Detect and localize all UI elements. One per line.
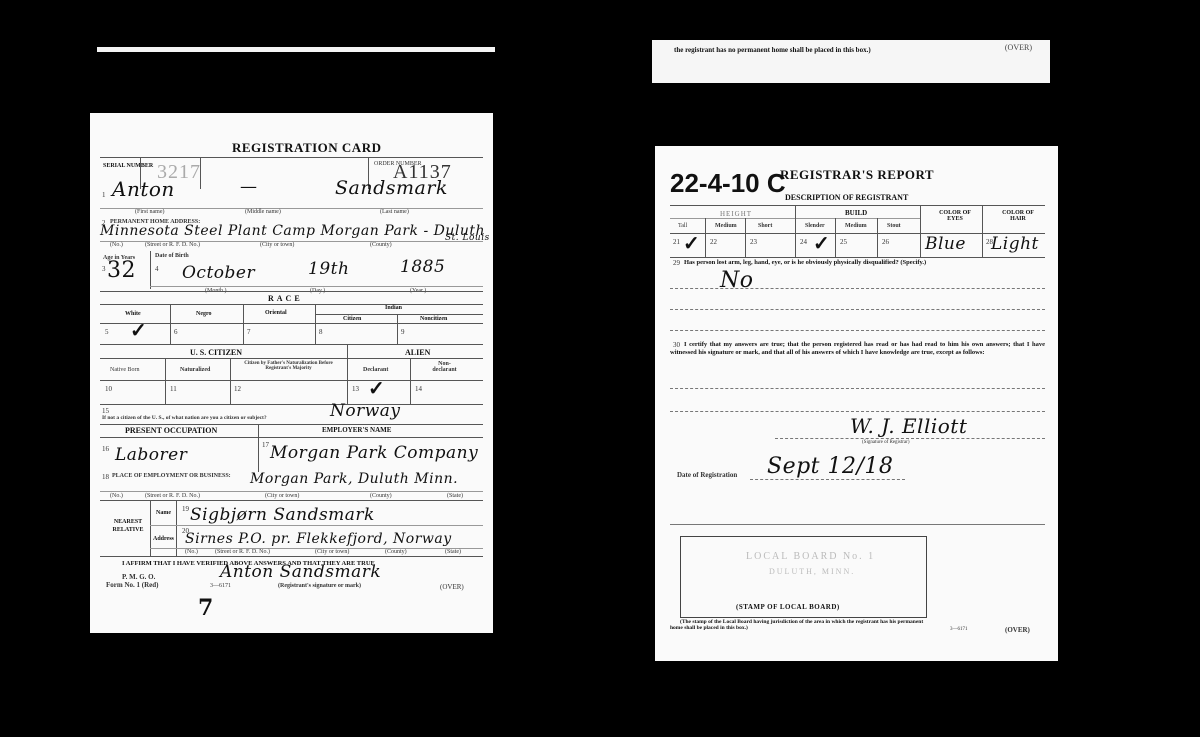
local-board-stamp-box: LOCAL BOARD No. 1 DULUTH, MINN. (STAMP O… bbox=[680, 536, 927, 618]
stamp-line-2: DULUTH, MINN. bbox=[769, 567, 855, 576]
first-name: Anton bbox=[112, 177, 175, 201]
home-address: Minnesota Steel Plant Camp Morgan Park -… bbox=[100, 223, 485, 239]
serial-label: SERIAL NUMBER bbox=[103, 163, 153, 169]
card-edge-strip bbox=[97, 47, 495, 52]
alien-declarant-checkmark: ✓ bbox=[368, 376, 385, 401]
registrant-signature: Anton Sandsmark bbox=[220, 562, 381, 582]
birth-year: 1885 bbox=[400, 257, 445, 277]
age-value: 32 bbox=[107, 258, 136, 283]
relative-address: Sirnes P.O. pr. Flekkefjord, Norway bbox=[185, 531, 452, 547]
certification-text: I certify that my answers are true; that… bbox=[670, 341, 1045, 357]
bottom-mark: 7 bbox=[198, 595, 214, 621]
height-tall-checkmark: ✓ bbox=[683, 231, 700, 256]
build-slender-checkmark: ✓ bbox=[813, 231, 830, 256]
report-subtitle: DESCRIPTION OF REGISTRANT bbox=[785, 193, 908, 202]
registration-card: REGISTRATION CARD SERIAL NUMBER 3217 ORD… bbox=[90, 113, 493, 633]
card-title: REGISTRATION CARD bbox=[232, 140, 381, 156]
relative-name: Sigbjørn Sandsmark bbox=[190, 505, 375, 525]
hair-color-value: Light bbox=[991, 234, 1039, 254]
eye-color-value: Blue bbox=[925, 234, 966, 254]
race-heading: RACE bbox=[268, 294, 303, 303]
date-label: Date of Registration bbox=[677, 471, 737, 479]
middle-name: — bbox=[240, 177, 258, 197]
employer-value: Morgan Park Company bbox=[270, 443, 478, 463]
race-white-checkmark: ✓ bbox=[130, 318, 147, 343]
stamp-line-1: LOCAL BOARD No. 1 bbox=[746, 551, 875, 562]
occupation-value: Laborer bbox=[115, 445, 187, 465]
strip-footnote: the registrant has no permanent home sha… bbox=[674, 46, 871, 54]
stamp-footnote: (The stamp of the Local Board having jur… bbox=[670, 619, 925, 631]
strip-over: (OVER) bbox=[1005, 43, 1032, 52]
registrars-report-card: 22-4-10 C REGISTRAR'S REPORT DESCRIPTION… bbox=[655, 146, 1058, 661]
record-code: 22-4-10 C bbox=[670, 168, 786, 199]
report-title: REGISTRAR'S REPORT bbox=[780, 167, 934, 183]
registrar-signature: W. J. Elliott bbox=[850, 414, 967, 438]
birth-day: 19th bbox=[308, 259, 349, 279]
nation-value: Norway bbox=[330, 401, 401, 421]
disqualification-answer: No bbox=[720, 268, 754, 293]
birth-month: October bbox=[182, 263, 255, 283]
place-of-employment-value: Morgan Park, Duluth Minn. bbox=[250, 471, 458, 487]
registration-date: Sept 12/18 bbox=[767, 454, 893, 479]
previous-card-bottom-strip: the registrant has no permanent home sha… bbox=[652, 40, 1050, 83]
last-name: Sandsmark bbox=[335, 177, 448, 199]
stamp-label: (STAMP OF LOCAL BOARD) bbox=[736, 603, 840, 611]
